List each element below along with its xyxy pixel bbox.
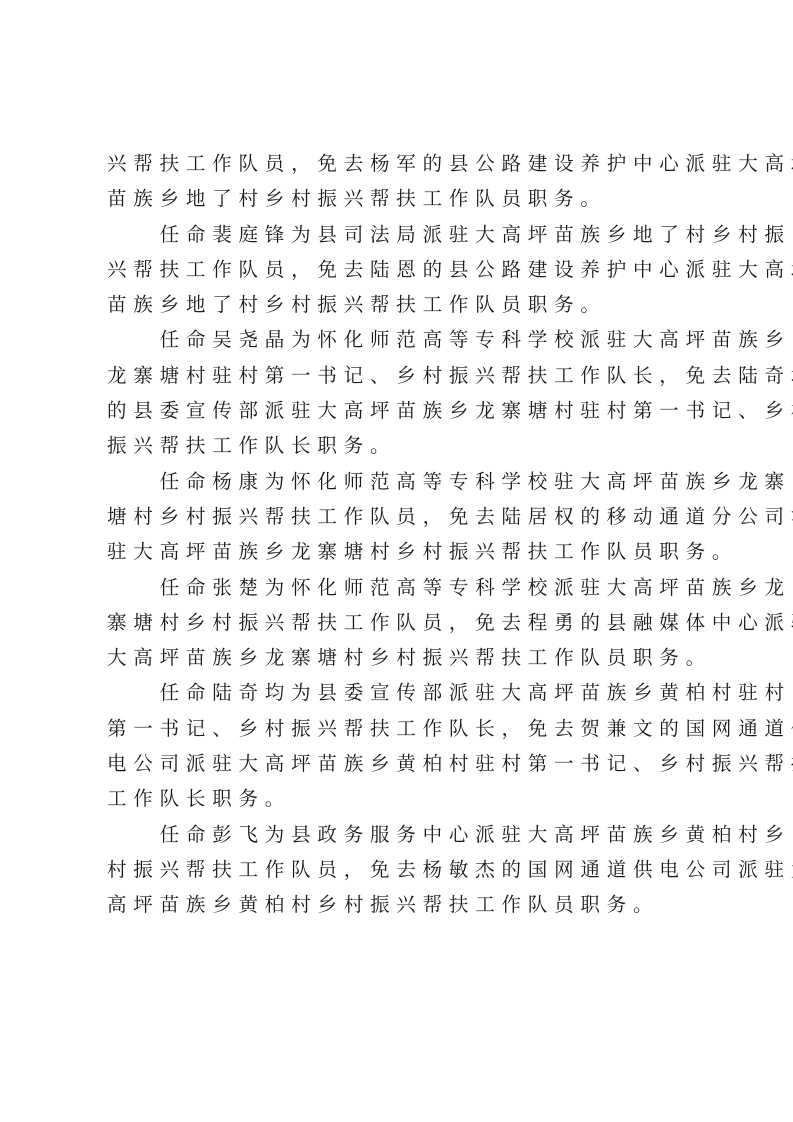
- text-line: 第一书记、乡村振兴帮扶工作队长，免去贺兼文的国网通道供: [107, 711, 707, 746]
- text-line: 苗族乡地了村乡村振兴帮扶工作队员职务。: [107, 287, 707, 322]
- paragraph-continued: 兴帮扶工作队员，免去杨军的县公路建设养护中心派驻大高坪 苗族乡地了村乡村振兴帮扶…: [107, 146, 707, 217]
- text-line: 的县委宣传部派驻大高坪苗族乡龙寨塘村驻村第一书记、乡村: [107, 393, 707, 428]
- paragraph-appointment-wu-yaojing: 任命吴尧晶为怀化师范高等专科学校派驻大高坪苗族乡 龙寨塘村驻村第一书记、乡村振兴…: [107, 322, 707, 463]
- text-line: 任命张楚为怀化师范高等专科学校派驻大高坪苗族乡龙: [107, 570, 707, 605]
- text-line: 寨塘村乡村振兴帮扶工作队员，免去程勇的县融媒体中心派驻: [107, 605, 707, 640]
- text-line: 兴帮扶工作队员，免去陆恩的县公路建设养护中心派驻大高坪: [107, 252, 707, 287]
- document-page: 兴帮扶工作队员，免去杨军的县公路建设养护中心派驻大高坪 苗族乡地了村乡村振兴帮扶…: [0, 0, 793, 1122]
- paragraph-appointment-peng-fei: 任命彭飞为县政务服务中心派驻大高坪苗族乡黄柏村乡 村振兴帮扶工作队员，免去杨敏杰…: [107, 817, 707, 923]
- text-line: 驻大高坪苗族乡龙寨塘村乡村振兴帮扶工作队员职务。: [107, 534, 707, 569]
- paragraph-appointment-yang-kang: 任命杨康为怀化师范高等专科学校驻大高坪苗族乡龙寨 塘村乡村振兴帮扶工作队员，免去…: [107, 464, 707, 570]
- text-line: 苗族乡地了村乡村振兴帮扶工作队员职务。: [107, 181, 707, 216]
- text-line: 任命彭飞为县政务服务中心派驻大高坪苗族乡黄柏村乡: [107, 817, 707, 852]
- text-line: 工作队长职务。: [107, 781, 707, 816]
- paragraph-appointment-zhang-chu: 任命张楚为怀化师范高等专科学校派驻大高坪苗族乡龙 寨塘村乡村振兴帮扶工作队员，免…: [107, 570, 707, 676]
- text-line: 任命陆奇均为县委宣传部派驻大高坪苗族乡黄柏村驻村: [107, 675, 707, 710]
- text-line: 村振兴帮扶工作队员，免去杨敏杰的国网通道供电公司派驻大: [107, 852, 707, 887]
- text-line: 塘村乡村振兴帮扶工作队员，免去陆居权的移动通道分公司派: [107, 499, 707, 534]
- text-line: 振兴帮扶工作队长职务。: [107, 428, 707, 463]
- text-line: 兴帮扶工作队员，免去杨军的县公路建设养护中心派驻大高坪: [107, 146, 707, 181]
- text-line: 任命吴尧晶为怀化师范高等专科学校派驻大高坪苗族乡: [107, 322, 707, 357]
- paragraph-appointment-pei-tingfeng: 任命裴庭锋为县司法局派驻大高坪苗族乡地了村乡村振 兴帮扶工作队员，免去陆恩的县公…: [107, 217, 707, 323]
- document-body: 兴帮扶工作队员，免去杨军的县公路建设养护中心派驻大高坪 苗族乡地了村乡村振兴帮扶…: [107, 146, 707, 923]
- text-line: 电公司派驻大高坪苗族乡黄柏村驻村第一书记、乡村振兴帮扶: [107, 746, 707, 781]
- paragraph-appointment-lu-qijun: 任命陆奇均为县委宣传部派驻大高坪苗族乡黄柏村驻村 第一书记、乡村振兴帮扶工作队长…: [107, 675, 707, 816]
- text-line: 任命杨康为怀化师范高等专科学校驻大高坪苗族乡龙寨: [107, 464, 707, 499]
- text-line: 高坪苗族乡黄柏村乡村振兴帮扶工作队员职务。: [107, 887, 707, 922]
- text-line: 任命裴庭锋为县司法局派驻大高坪苗族乡地了村乡村振: [107, 217, 707, 252]
- text-line: 龙寨塘村驻村第一书记、乡村振兴帮扶工作队长，免去陆奇均: [107, 358, 707, 393]
- text-line: 大高坪苗族乡龙寨塘村乡村振兴帮扶工作队员职务。: [107, 640, 707, 675]
